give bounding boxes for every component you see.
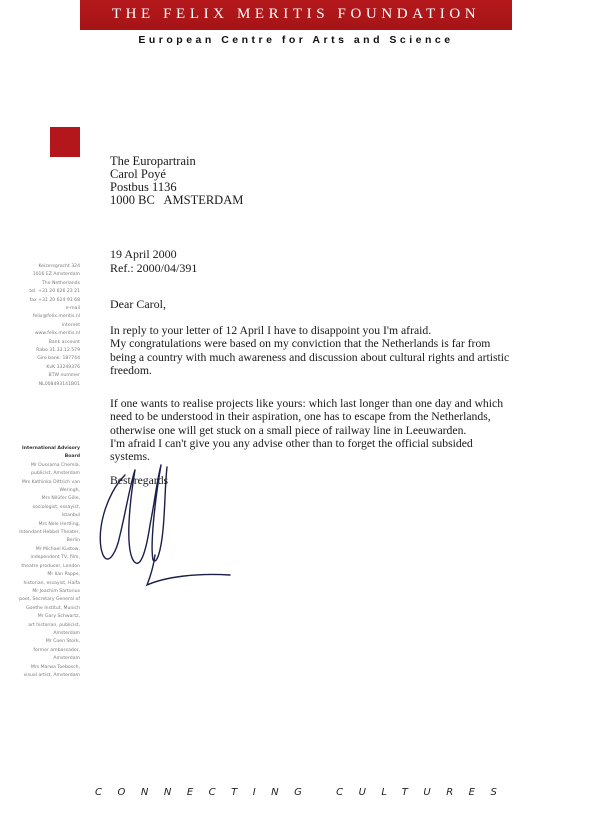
letter-date: 19 April 2000 (110, 248, 197, 262)
contact-line: Rabo 31.33.12.579 (0, 347, 80, 355)
board-member-line: Mrs Nilüfer Göle, (0, 495, 80, 503)
board-member-line: Goethe Institut, Munich (0, 605, 80, 613)
paragraph-line: In reply to your letter of 12 April I ha… (110, 324, 550, 337)
paragraph-line: If one wants to realise projects like yo… (110, 397, 550, 410)
board-member-line: Mr Ilan Pappe, (0, 571, 80, 579)
salutation: Dear Carol, (110, 297, 166, 312)
board-member-line: former ambassador, (0, 647, 80, 655)
paragraph-line: being a country with much awareness and … (110, 351, 550, 364)
board-member-line: Mr Gary Schwartz, (0, 613, 80, 621)
recipient-line: 1000 BC AMSTERDAM (110, 194, 243, 207)
contact-line: Keizersgracht 324 (0, 263, 80, 271)
contact-line: fax +31 20 624 93 68 (0, 297, 80, 305)
board-member-line: Mr Joachim Sartorius (0, 588, 80, 596)
contact-line: www.felix.meritis.nl (0, 330, 80, 338)
board-member-line: visual artist, Amsterdam (0, 672, 80, 680)
paragraph-line: otherwise one will get stuck on a small … (110, 424, 550, 437)
board-member-line: Mr Coen Stork, (0, 638, 80, 646)
board-member-line: theatre producer, London (0, 563, 80, 571)
board-member-line: Berlin (0, 537, 80, 545)
letter-meta: 19 April 2000 Ref.: 2000/04/391 (110, 248, 197, 275)
board-member-line: sociologist, essayist, (0, 504, 80, 512)
paragraph-1: In reply to your letter of 12 April I ha… (110, 324, 550, 377)
contact-line: 1016 EZ Amsterdam (0, 271, 80, 279)
contact-line: tel. +31 20 626 23 21 (0, 288, 80, 296)
contact-line: BTW nummer (0, 372, 80, 380)
handwritten-signature (95, 455, 255, 590)
board-member-line: Mrs Marwa Toebosch, (0, 664, 80, 672)
paragraph-line: My congratulations were based on my conv… (110, 337, 550, 350)
contact-line: e-mail (0, 305, 80, 313)
board-member-line: art historian, publicist, (0, 622, 80, 630)
board-member-line: Intendant Hebbel Theater, (0, 529, 80, 537)
board-member-line: independent TV, film, (0, 554, 80, 562)
contact-line: The Netherlands (0, 280, 80, 288)
contact-line: Bank account (0, 339, 80, 347)
advisory-board-title: International Advisory (0, 445, 80, 453)
board-member-line: historian, essayist, Haifa (0, 580, 80, 588)
board-member-line: Mr Michael Kustow, (0, 546, 80, 554)
letter-reference: Ref.: 2000/04/391 (110, 262, 197, 276)
paragraph-line: I'm afraid I can't give you any advise o… (110, 437, 550, 450)
organization-tagline: European Centre for Arts and Science (80, 34, 512, 46)
board-member-line: Mr Oussama Chemla, (0, 462, 80, 470)
organization-banner: THE FELIX MERITIS FOUNDATION (80, 0, 512, 30)
logo-square (50, 127, 80, 157)
board-member-line: Istanbul (0, 512, 80, 520)
contact-line: KvK 33249376 (0, 364, 80, 372)
board-member-line: Amsterdam (0, 655, 80, 663)
contact-line: NL008493141B01 (0, 381, 80, 389)
board-member-line: Mrs Nele Hertling, (0, 521, 80, 529)
board-member-line: Weringh, (0, 487, 80, 495)
contact-line: felix@felix.meritis.nl (0, 313, 80, 321)
board-member-line: publicist, Amsterdam (0, 470, 80, 478)
footer-motto: CONNECTING CULTURES (95, 787, 535, 798)
sidebar-contact-info: Keizersgracht 3241016 EZ AmsterdamThe Ne… (0, 263, 80, 389)
board-member-line: poet, Secretary General of (0, 596, 80, 604)
paragraph-line: need to be understood in their aspiratio… (110, 410, 550, 423)
paragraph-line: freedom. (110, 364, 550, 377)
contact-line: internet (0, 322, 80, 330)
recipient-address: The Europartrain Carol Poyé Postbus 1136… (110, 155, 243, 207)
board-member-line: Amsterdam (0, 630, 80, 638)
sidebar-advisory-board: International Advisory Board Mr Oussama … (0, 445, 80, 680)
paragraph-2: If one wants to realise projects like yo… (110, 397, 550, 463)
board-member-line: Mrs Kathinka Dittrich van (0, 479, 80, 487)
advisory-board-title-line2: Board (0, 453, 80, 461)
contact-line: Giro bank: 187744 (0, 355, 80, 363)
